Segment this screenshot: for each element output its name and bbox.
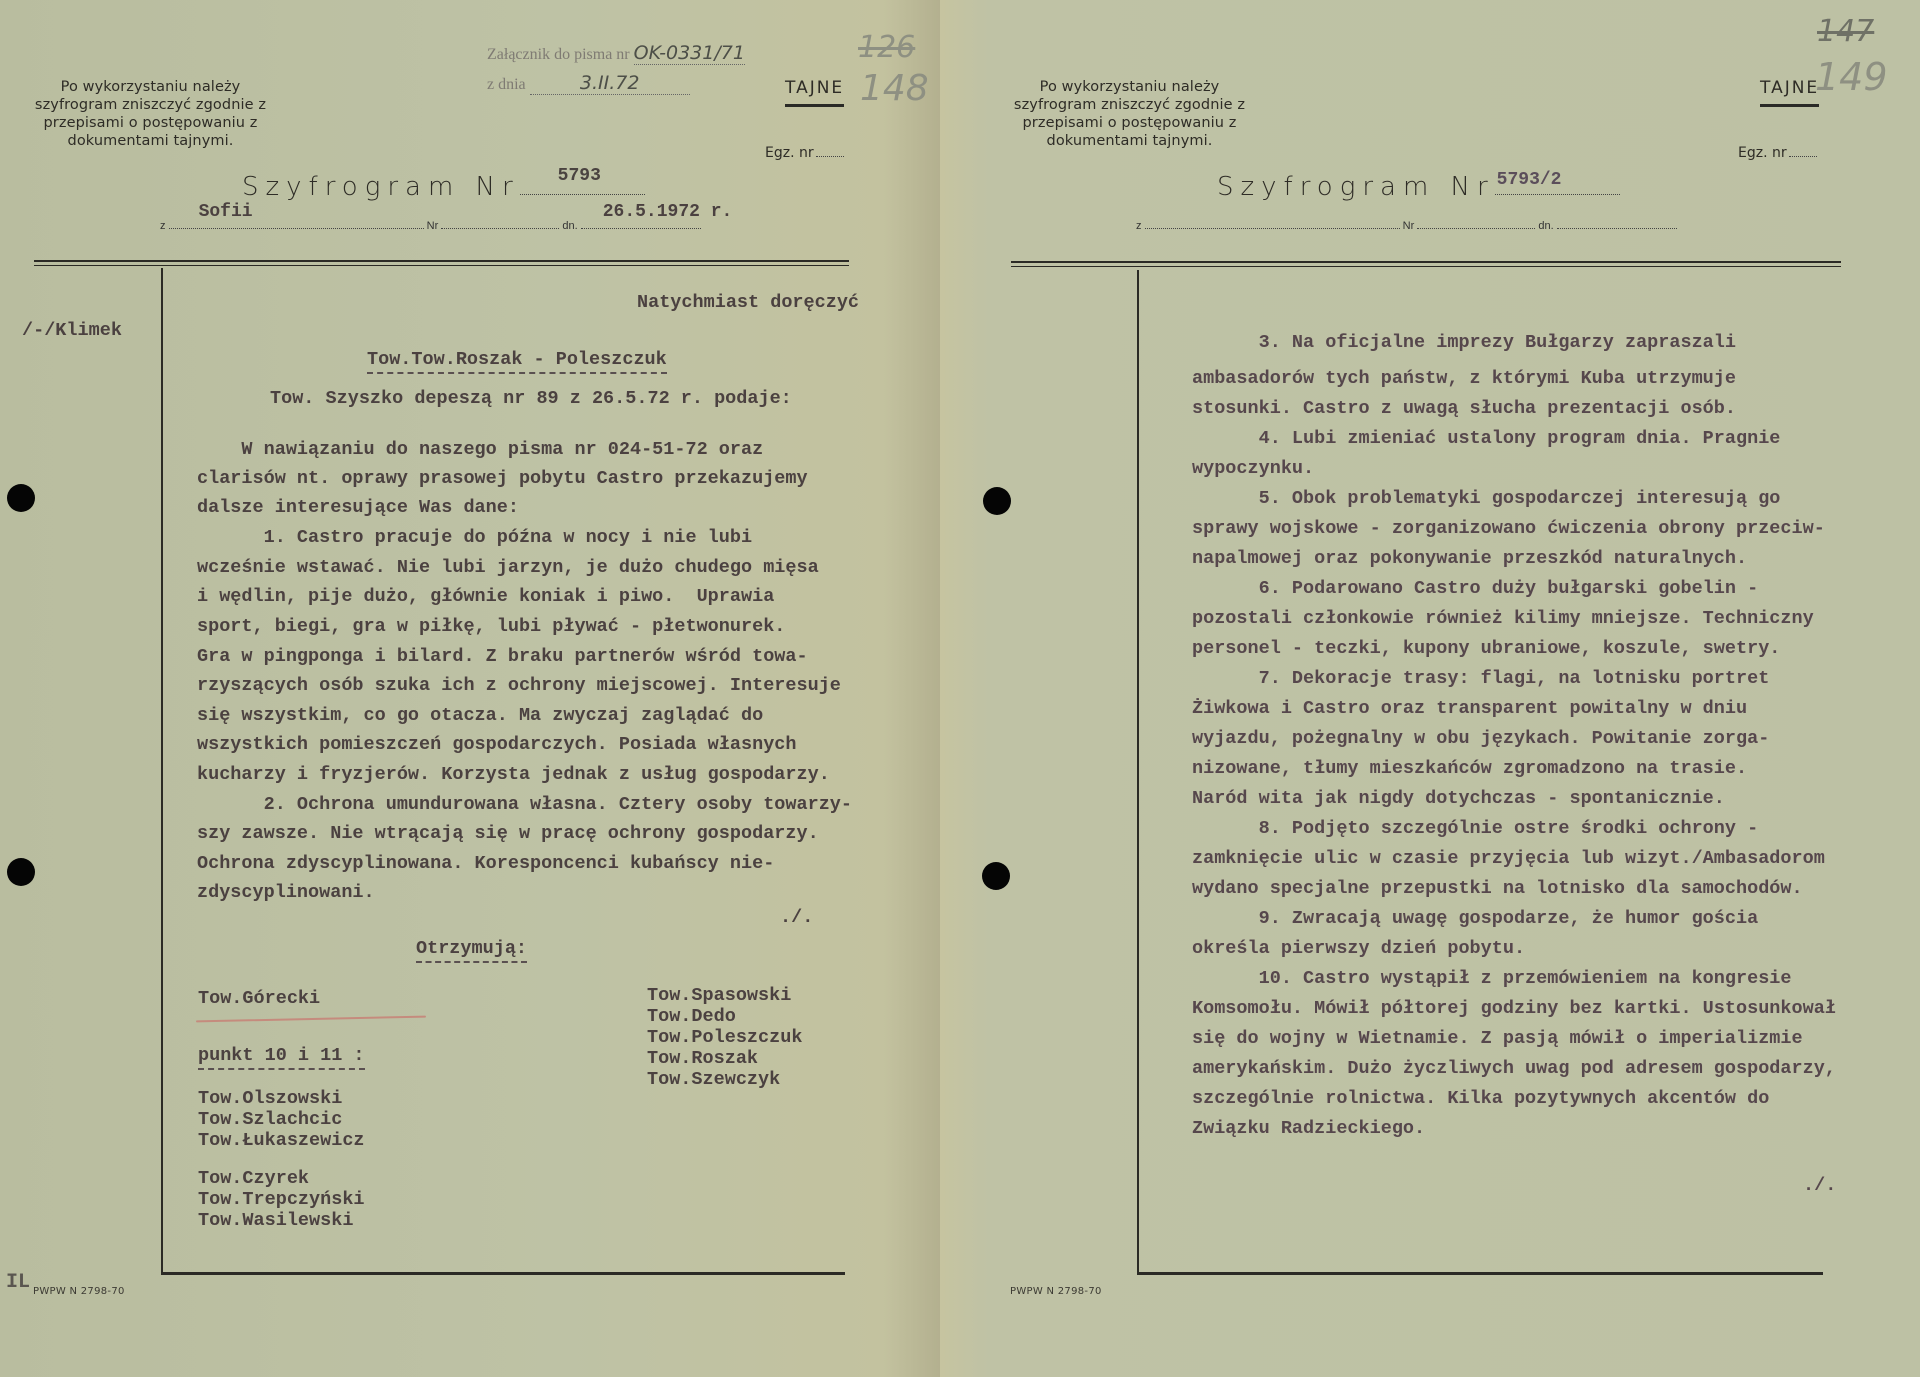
recipient: Tow.Trepczyński	[198, 1189, 365, 1210]
recipient: Tow.Szewczyk	[647, 1069, 802, 1090]
header-rule-top	[34, 260, 849, 262]
punch-hole	[982, 862, 1010, 890]
copy-number-label: Egz. nr	[765, 145, 814, 161]
recipient: Tow.Łukaszewicz	[198, 1130, 365, 1151]
attachment-label: Załącznik do pisma nr	[487, 46, 630, 63]
recipients-points-group-1: Tow.Olszowski Tow.Szlachcic Tow.Łukaszew…	[198, 1088, 365, 1151]
body-line: 7. Dekoracje trasy: flagi, na lotnisku p…	[1192, 668, 1769, 689]
date-label: dn.	[1538, 220, 1553, 232]
margin-line	[161, 268, 163, 1274]
cipher-title-label: Szyfrogram Nr	[242, 172, 520, 202]
footer-rule	[1137, 1272, 1823, 1275]
origin-row: z Nr dn.	[1136, 218, 1756, 232]
attachment-date: 3.II.72	[530, 72, 690, 95]
attachment-date-label: z dnia	[487, 76, 526, 93]
body-line: się wszystkim, co go otacza. Ma zwyczaj …	[197, 705, 763, 726]
red-pencil-underline	[196, 1016, 426, 1023]
recipients-heading: Otrzymują:	[416, 938, 527, 963]
margin-signature: /-/Klimek	[22, 320, 122, 341]
recipient: Tow.Szlachcic	[198, 1109, 365, 1130]
end-mark: ./.	[780, 907, 813, 928]
body-line: napalmowej oraz pokonywanie przeszkód na…	[1192, 548, 1747, 569]
body-line: Naród wita jak nigdy dotychczas - sponta…	[1192, 788, 1725, 809]
copy-number-label: Egz. nr	[1738, 145, 1787, 161]
header-rule-bottom	[34, 265, 849, 266]
nr-label: Nr	[427, 220, 439, 232]
body-line: Komsomołu. Mówił półtorej godziny bez ka…	[1192, 998, 1836, 1019]
copy-number-field: Egz. nr	[765, 145, 844, 161]
recipient: Tow.Olszowski	[198, 1088, 365, 1109]
right-page: Po wykorzystaniu należy szyfrogram znisz…	[940, 0, 1920, 1377]
body-line: ambasadorów tych państw, z którymi Kuba …	[1192, 368, 1736, 389]
body-line: sport, biegi, gra w piłkę, lubi pływać -…	[197, 616, 785, 637]
left-page: Po wykorzystaniu należy szyfrogram znisz…	[0, 0, 940, 1377]
cipher-number: 5793/2	[1497, 170, 1562, 190]
handwritten-page-number: 149	[1815, 55, 1888, 99]
body-line: określa pierwszy dzień pobytu.	[1192, 938, 1525, 959]
body-line: dalsze interesujące Was dane:	[197, 497, 519, 518]
punch-hole	[7, 484, 35, 512]
handwritten-page-number: 148	[860, 68, 929, 109]
recipient-gorecki: Tow.Górecki	[198, 988, 320, 1009]
date-label: dn.	[562, 220, 577, 232]
body-line: amerykańskim. Dużo życzliwych uwag pod a…	[1192, 1058, 1836, 1079]
header-rule-top	[1011, 261, 1841, 263]
body-line: 5. Obok problematyki gospodarczej intere…	[1192, 488, 1780, 509]
body-line: stosunki. Castro z uwagą słucha prezenta…	[1192, 398, 1736, 419]
margin-line	[1137, 270, 1139, 1274]
body-line: sprawy wojskowe - zorganizowano ćwiczeni…	[1192, 518, 1825, 539]
body-line: 3. Na oficjalne imprezy Bułgarzy zaprasz…	[1192, 332, 1736, 353]
header-rule-bottom	[1011, 266, 1841, 267]
recipient: Tow.Czyrek	[198, 1168, 365, 1189]
footer-rule	[161, 1272, 845, 1275]
form-code: PWPW N 2798-70	[1010, 1286, 1102, 1297]
urgency-note: Natychmiast doręczyć	[637, 292, 859, 313]
recipient: Tow.Wasilewski	[198, 1210, 365, 1231]
punch-hole	[983, 487, 1011, 515]
recipients-points-group-2: Tow.Czyrek Tow.Trepczyński Tow.Wasilewsk…	[198, 1168, 365, 1231]
recipient: Tow.Roszak	[647, 1048, 802, 1069]
body-line: rzyszących osób szuka ich z ochrony miej…	[197, 675, 841, 696]
body-line: wydano specjalne przepustki na lotnisko …	[1192, 878, 1803, 899]
cipher-title: Szyfrogram Nr5793/2	[1217, 172, 1620, 202]
body-line: nizowane, tłumy mieszkańców zgromadzono …	[1192, 758, 1747, 779]
cipher-number: 5793	[558, 166, 601, 186]
body-line: clarisów nt. oprawy prasowej pobytu Cast…	[197, 468, 808, 489]
attachment-number: OK-0331/71	[634, 42, 745, 65]
body-line: Gra w pingponga i bilard. Z braku partne…	[197, 646, 808, 667]
body-line: personel - teczki, kupony ubraniowe, kos…	[1192, 638, 1780, 659]
body-line: szy zawsze. Nie wtrącają się w pracę och…	[197, 823, 819, 844]
handwritten-page-number-old: 126	[858, 30, 915, 65]
body-line: 1. Castro pracuje do późna w nocy i nie …	[197, 527, 752, 548]
recipient: Tow.Dedo	[647, 1006, 802, 1027]
body-line: 2. Ochrona umundurowana własna. Cztery o…	[197, 794, 852, 815]
body-line: pozostali członkowie również kilimy mnie…	[1192, 608, 1814, 629]
cipher-title-label: Szyfrogram Nr	[1217, 172, 1495, 202]
typist-initials: IL	[6, 1271, 30, 1294]
addressee-line: Tow.Tow.Roszak - Poleszczuk	[367, 349, 667, 374]
body-line: i wędlin, pije dużo, głównie koniak i pi…	[197, 586, 774, 607]
body-line: zamknięcie ulic w czasie przyjęcia lub w…	[1192, 848, 1825, 869]
disposal-notice: Po wykorzystaniu należy szyfrogram znisz…	[1012, 78, 1247, 150]
date-value: 26.5.1972 r.	[603, 202, 733, 222]
body-line: Związku Radzieckiego.	[1192, 1118, 1425, 1139]
from-label: z	[160, 220, 166, 232]
disposal-notice: Po wykorzystaniu należy szyfrogram znisz…	[33, 78, 268, 150]
from-value: Sofii	[199, 202, 253, 222]
body-line: wyjazdu, pożegnalny w obu językach. Powi…	[1192, 728, 1769, 749]
body-line: się do wojny w Wietnamie. Z pasją mówił …	[1192, 1028, 1803, 1049]
punch-hole	[7, 858, 35, 886]
body-line: W nawiązaniu do naszego pisma nr 024-51-…	[197, 439, 763, 460]
body-line: zdyscyplinowani.	[197, 882, 375, 903]
copy-number-field: Egz. nr	[1738, 145, 1817, 161]
body-line: 6. Podarowano Castro duży bułgarski gobe…	[1192, 578, 1758, 599]
body-line: 10. Castro wystąpił z przemówieniem na k…	[1192, 968, 1792, 989]
intro-line: Tow. Szyszko depeszą nr 89 z 26.5.72 r. …	[270, 388, 792, 409]
recipient: Tow.Poleszczuk	[647, 1027, 802, 1048]
body-line: 8. Podjęto szczególnie ostre środki ochr…	[1192, 818, 1758, 839]
body-line: szczególnie rolnictwa. Kilka pozytywnych…	[1192, 1088, 1769, 1109]
attachment-stamp: Załącznik do pisma nr OK-0331/71	[487, 42, 745, 64]
nr-label: Nr	[1403, 220, 1415, 232]
classification-label: TAJNE	[1760, 78, 1819, 107]
points-heading: punkt 10 i 11 :	[198, 1045, 365, 1070]
form-code: PWPW N 2798-70	[33, 1286, 125, 1297]
classification-label: TAJNE	[785, 78, 844, 107]
body-line: 4. Lubi zmieniać ustalony program dnia. …	[1192, 428, 1780, 449]
body-line: Żiwkowa i Castro oraz transparent powita…	[1192, 698, 1747, 719]
from-label: z	[1136, 220, 1142, 232]
body-line: wypoczynku.	[1192, 458, 1314, 479]
body-line: kucharzy i fryzjerów. Korzysta jednak z …	[197, 764, 830, 785]
recipients-right-column: Tow.Spasowski Tow.Dedo Tow.Poleszczuk To…	[647, 985, 802, 1090]
end-mark: ./.	[1803, 1175, 1836, 1196]
body-line: wszystkich pomieszczeń gospodarczych. Po…	[197, 734, 797, 755]
handwritten-page-number-old: 147	[1817, 14, 1874, 49]
recipient: Tow.Spasowski	[647, 985, 802, 1006]
origin-row: z Sofii Nr dn. 26.5.1972 r.	[160, 218, 780, 232]
body-line: Ochrona zdyscyplinowana. Koresponcenci k…	[197, 853, 774, 874]
body-line: 9. Zwracają uwagę gospodarze, że humor g…	[1192, 908, 1758, 929]
attachment-date-row: z dnia 3.II.72	[487, 72, 690, 95]
cipher-title: Szyfrogram Nr5793	[242, 172, 645, 202]
body-line: wcześnie wstawać. Nie lubi jarzyn, je du…	[197, 557, 819, 578]
